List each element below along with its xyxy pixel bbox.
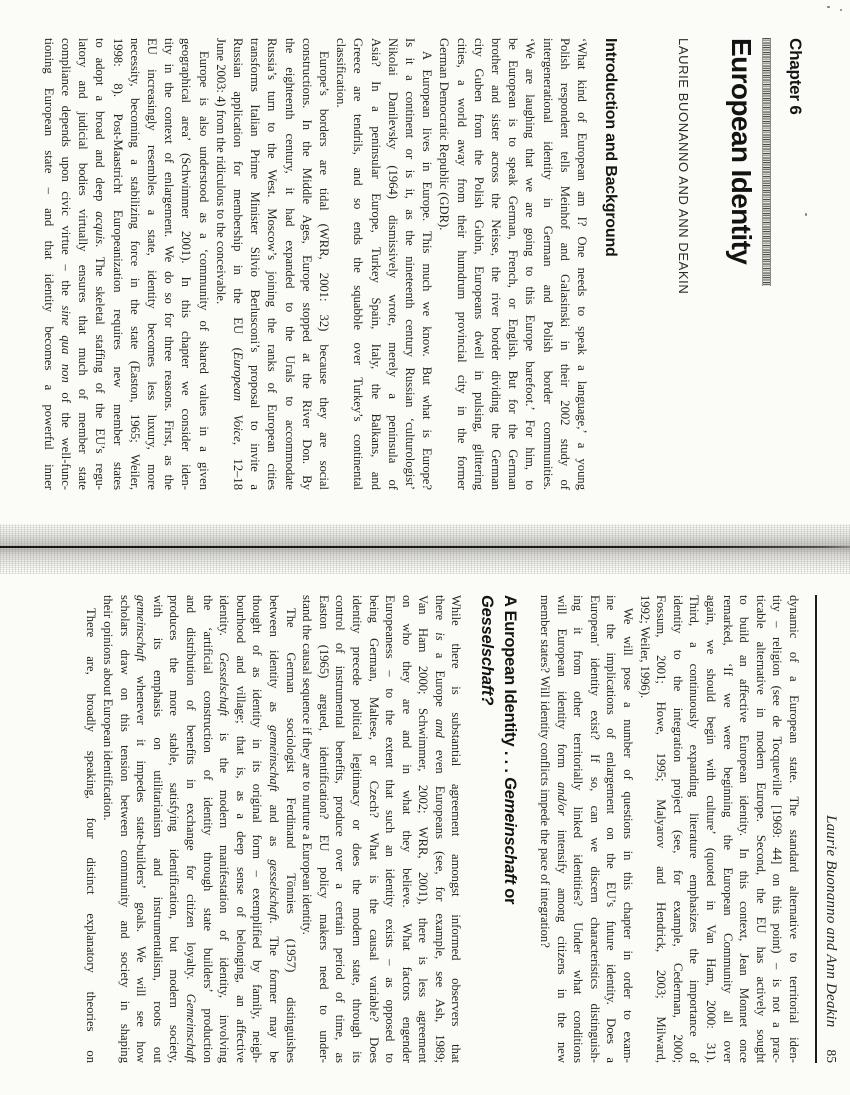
text-line: to adopt a broad and deep acquis. The sk… (91, 38, 108, 490)
text-line: brother and sister across the Neisse, th… (487, 38, 504, 490)
body-text-page-84: ‘What kind of European am I? One needs t… (40, 38, 591, 490)
text-line: EU increasingly resembles a state, ident… (143, 38, 160, 490)
header-rule (815, 595, 817, 1063)
text-line: between identity as gemeinschaft and as … (265, 595, 282, 1063)
scan-speck (840, 9, 842, 11)
text-line: Greece are tendrils, and so ends the squ… (349, 38, 366, 490)
page-number: 85 (822, 1050, 840, 1064)
page-85-content: Laurie Buonanno and Ann Deakin 85 dynami… (83, 595, 840, 1063)
text-line: Fossum, 2001; Howe, 1995; Malyarov and H… (653, 595, 670, 1063)
text-line: cities, a world away from their humdrum … (452, 38, 469, 490)
text-line: A European Identity . . . Gemeinschaft o… (499, 595, 522, 1063)
text-line: be European is to speak German, French, … (504, 38, 521, 490)
text-line: Gesselschaft? (476, 595, 499, 1063)
scanned-book-spread: Chapter 6 European Identity LAURIE BUONA… (0, 0, 850, 1095)
text-line: ‘We are laughing that we are going to th… (521, 38, 538, 490)
text-line: German Democratic Republic (GDR). (435, 38, 452, 490)
text-line: there is a Europe and even Europeans (se… (431, 595, 448, 1063)
page-85: Laurie Buonanno and Ann Deakin 85 dynami… (0, 555, 850, 1095)
text-line: 1998: 8). Post-Maastricht Europeanizatio… (108, 38, 125, 490)
text-line: will European identity form and/or inten… (553, 595, 570, 1063)
text-line: gemeinschaft whenever it impedes state-b… (133, 595, 150, 1063)
text-line: control of instrumental benefits, produc… (332, 595, 349, 1063)
page-84-content: Chapter 6 European Identity LAURIE BUONA… (40, 38, 807, 490)
text-line: identity precede political legitimacy or… (348, 595, 365, 1063)
chapter-label: Chapter 6 (784, 38, 806, 490)
running-header: Laurie Buonanno and Ann Deakin 85 (822, 595, 840, 1063)
running-header-authors: Laurie Buonanno and Ann Deakin (822, 815, 840, 1027)
text-line: to build an affective European identity.… (736, 595, 753, 1063)
scan-speck (805, 213, 807, 216)
paragraph: A European lives in Europe. This much we… (332, 38, 435, 490)
text-line: stand the causal sequence if they are to… (299, 595, 316, 1063)
text-line: the eighteenth century, it had expanded … (280, 38, 297, 490)
paragraph: There are, broadly speaking, four distin… (83, 595, 100, 1063)
text-line: Is it a continent or is it, as the ninet… (401, 38, 418, 490)
body-text-page-85: dynamic of a European state. The standar… (83, 595, 802, 1063)
text-line: Europe’s borders are tidal (WRR, 2001: 3… (315, 38, 332, 490)
text-line: identity. Gesselschaft is the modern man… (216, 595, 233, 1063)
text-line: Russia’s turn to the West. Moscow’s join… (263, 38, 280, 490)
text-line: necessity, becoming a stabilizing force … (126, 38, 143, 490)
text-line: The German sociologist Ferdinand Tönnies… (282, 595, 299, 1063)
spine-gutter-shadow (0, 524, 850, 574)
text-line: and distribution of benefits in exchange… (182, 595, 199, 1063)
text-line: remarked, ‘If we were beginning the Euro… (719, 595, 736, 1063)
text-line: scholars draw on this tension between co… (116, 595, 133, 1063)
scan-speck (827, 6, 830, 8)
text-line: transforms Italian Prime Minister Silvio… (246, 38, 263, 490)
text-line: again, we should begin with culture’ (qu… (702, 595, 719, 1063)
text-line: member states? Will identity conflicts i… (537, 595, 554, 1063)
body-text-before-heading: dynamic of a European state. The standar… (537, 595, 803, 1063)
text-line: Nikolai Danilevsky (1964) dismissively w… (384, 38, 401, 490)
text-line: tity in the context of enlargement. We d… (160, 38, 177, 490)
text-line: We will pose a number of questions in th… (619, 595, 636, 1063)
paragraph: dynamic of a European state. The standar… (636, 595, 802, 1063)
paragraph: ‘What kind of European am I? One needs t… (435, 38, 590, 490)
paragraph: The German sociologist Ferdinand Tönnies… (99, 595, 298, 1063)
text-line: produces the more stable, satisfying ide… (166, 595, 183, 1063)
text-line: on who they are and in what they believe… (398, 595, 415, 1063)
text-line: identity to the integration project (see… (669, 595, 686, 1063)
text-line: ine the implications of enlargement on t… (603, 595, 620, 1063)
text-line: Asia? In a peninsular Europe, Turkey Spa… (366, 38, 383, 490)
paragraph: While there is substantial agreement amo… (299, 595, 465, 1063)
text-line: While there is substantial agreement amo… (448, 595, 465, 1063)
text-line: tity – religion (see de Tocqueville [196… (769, 595, 786, 1063)
spine-gutter-line (0, 546, 850, 548)
page-84: Chapter 6 European Identity LAURIE BUONA… (0, 0, 850, 540)
body-text-after-heading: While there is substantial agreement amo… (83, 595, 465, 1063)
section-heading-gemeinschaft: A European Identity . . . Gemeinschaft o… (476, 595, 522, 1063)
text-line: being German, Maltese, or Czech? What is… (365, 595, 382, 1063)
text-line: classification. (332, 38, 349, 490)
text-line: ‘What kind of European am I? One needs t… (573, 38, 590, 490)
text-line: dynamic of a European state. The standar… (785, 595, 802, 1063)
decorative-rule (762, 38, 771, 286)
text-line: intergenerational identity in German and… (538, 38, 555, 490)
text-line: thought of as identity in its original f… (249, 595, 266, 1063)
text-line: Third, a continuously expanding literatu… (686, 595, 703, 1063)
text-line: with its emphasis on utilitarianism and … (149, 595, 166, 1063)
text-line: city Guben from the Polish Gubin, Europe… (470, 38, 487, 490)
text-line: constructions. In the Middle Ages, Europ… (298, 38, 315, 490)
authors-line: LAURIE BUONANNO AND ANN DEAKIN (675, 38, 691, 490)
scan-speck (597, 644, 599, 646)
text-line: bourhood and village; that is, as a deep… (232, 595, 249, 1063)
paragraph: Europe is also understood as a ‘communit… (40, 38, 212, 490)
text-line: June 2003: 4) from the ridiculous to the… (212, 38, 229, 490)
section-heading-introduction: Introduction and Background (600, 38, 620, 490)
text-line: Russian application for membership in th… (229, 38, 246, 490)
text-line: latory and judicial bodies virtually ens… (74, 38, 91, 490)
text-line: Van Ham 2000; Schwimmer, 2002; WRR, 2001… (415, 595, 432, 1063)
text-line: compliance depends upon civic virtue – t… (57, 38, 74, 490)
text-line: There are, broadly speaking, four distin… (83, 595, 100, 1063)
paragraph: Europe’s borders are tidal (WRR, 2001: 3… (212, 38, 332, 490)
text-line: Europeaness – to the extent that such an… (382, 595, 399, 1063)
text-line: their opinions about European identifica… (99, 595, 116, 1063)
text-line: tioning European state – and that identi… (40, 38, 57, 490)
text-line: ticable alternative in modern Europe. Se… (752, 595, 769, 1063)
text-line: the ‘artificial construction of identity… (199, 595, 216, 1063)
paragraph: We will pose a number of questions in th… (537, 595, 637, 1063)
chapter-title: European Identity (724, 38, 758, 490)
text-line: geographical area’ (Schwimmer 2001). In … (177, 38, 194, 490)
text-line: European identity exist? If so, can we d… (586, 595, 603, 1063)
text-line: Polish respondent tells Meinhof and Gala… (556, 38, 573, 490)
text-line: Europe is also understood as a ‘communit… (194, 38, 211, 490)
text-line: Easton (1965) argued, identification? EU… (315, 595, 332, 1063)
text-line: ing it from other territorially linked i… (570, 595, 587, 1063)
text-line: A European lives in Europe. This much we… (418, 38, 435, 490)
text-line: 1992; Weiler, 1996). (636, 595, 653, 1063)
